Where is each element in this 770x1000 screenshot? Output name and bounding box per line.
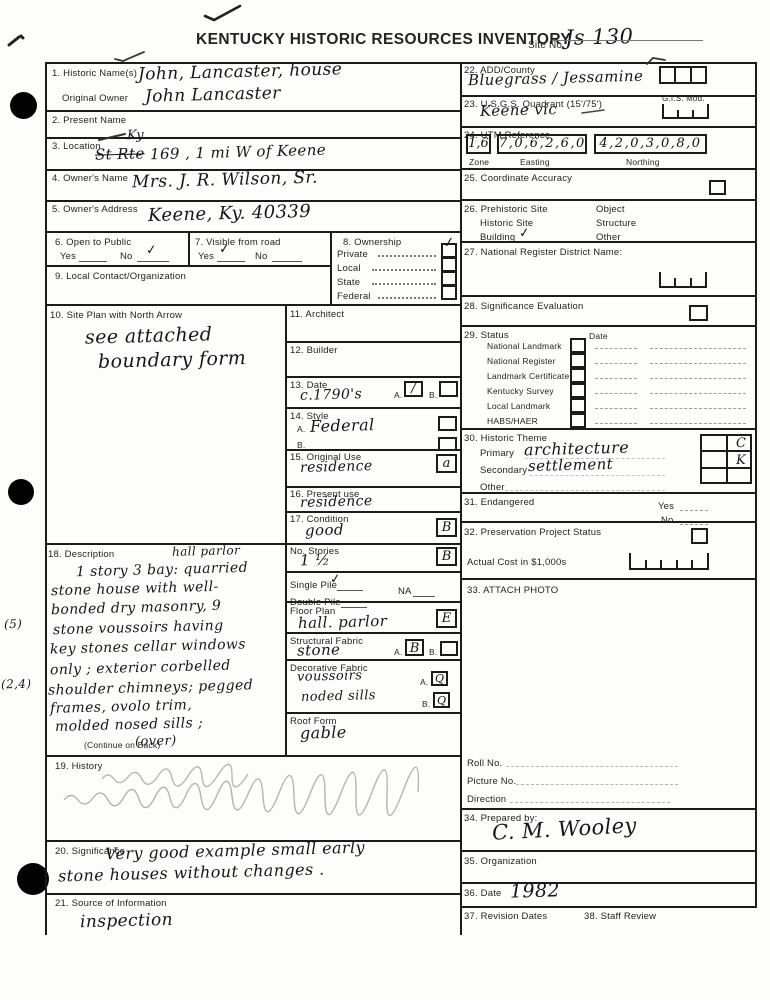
divider xyxy=(285,341,462,343)
field-22-cells xyxy=(659,66,707,84)
status-item: Local Landmark xyxy=(487,401,550,411)
blank-line xyxy=(337,590,363,591)
field-32-box xyxy=(691,528,708,544)
divider xyxy=(45,755,462,757)
divider xyxy=(285,486,462,488)
divider xyxy=(285,659,462,661)
status-checkbox xyxy=(570,368,586,383)
divider xyxy=(755,62,757,908)
primary-label: Primary xyxy=(480,448,514,459)
field-37-label: 37. Revision Dates xyxy=(464,911,547,922)
divider xyxy=(45,62,47,935)
page-title: KENTUCKY HISTORIC RESOURCES INVENTORY xyxy=(196,31,571,49)
description-line: stone voussoirs having xyxy=(53,618,224,638)
status-checkbox xyxy=(570,413,586,428)
margin-note-24: (2,4) xyxy=(1,677,32,692)
roof-form-value: gable xyxy=(300,722,347,742)
ownership-state-box xyxy=(441,271,457,286)
site-no-value: Js 130 xyxy=(565,24,634,50)
status-date-line xyxy=(650,408,746,409)
form-page: KENTUCKY HISTORIC RESOURCES INVENTORY Si… xyxy=(0,0,770,1000)
divider xyxy=(45,110,462,112)
field-27-label: 27. National Register District Name: xyxy=(464,247,622,258)
field-7-yes: Yes xyxy=(198,251,214,262)
endangered-yes: Yes xyxy=(658,501,674,512)
utm-easting-label: Easting xyxy=(520,157,550,167)
secondary-label: Secondary xyxy=(480,465,527,476)
field-9-label: 9. Local Contact/Organization xyxy=(55,271,186,282)
structural-a-box: B xyxy=(405,639,424,656)
field-13-value: c.1790's xyxy=(300,386,363,404)
na-label: NA xyxy=(398,586,412,597)
divider xyxy=(45,231,462,233)
field-21-label: 21. Source of Information xyxy=(55,898,167,909)
field-4-value: Mrs. J. R. Wilson, Sr. xyxy=(132,168,318,193)
field-10-label: 10. Site Plan with North Arrow xyxy=(50,310,182,321)
dotted-leader xyxy=(378,255,436,257)
building-label: Building xyxy=(480,232,515,243)
field-38-label: 38. Staff Review xyxy=(584,911,656,922)
divider xyxy=(460,295,757,297)
status-date-line xyxy=(650,378,746,379)
structural-b: B. xyxy=(429,647,437,657)
field-3-label: 3. Location xyxy=(52,141,101,152)
divider xyxy=(285,304,287,757)
field-22-value: Bluegrass / Jessamine xyxy=(468,67,644,90)
status-checkbox xyxy=(570,383,586,398)
field-16-value: residence xyxy=(300,493,373,511)
field-5-label: 5. Owner's Address xyxy=(52,204,138,215)
utm-easting-box: 7,0,6,2,6,0 xyxy=(497,134,587,154)
description-line: only ; exterior corbelled xyxy=(50,658,231,679)
field-11-label: 11. Architect xyxy=(290,309,344,320)
picture-no-line xyxy=(516,784,678,785)
decorative-b: B. xyxy=(422,699,430,709)
divider xyxy=(460,168,757,170)
divider xyxy=(285,449,462,451)
secondary-value: settlement xyxy=(528,455,614,475)
field-15-box: a xyxy=(436,454,457,473)
field-25-box xyxy=(709,180,726,195)
structural-b-box xyxy=(440,641,458,656)
divider xyxy=(45,304,462,306)
field-4-label: 4. Owner's Name xyxy=(52,173,128,184)
pen-checkmark xyxy=(202,3,244,23)
status-date-label: Date xyxy=(589,331,608,341)
ownership-local: Local xyxy=(337,263,361,274)
theme-other-label: Other xyxy=(480,482,505,493)
original-owner-label: Original Owner xyxy=(62,93,128,104)
divider xyxy=(460,428,757,430)
utm-zone-label: Zone xyxy=(469,157,489,167)
history-faint-handwriting xyxy=(62,790,454,806)
field-10-line1: see attached xyxy=(85,323,213,348)
gis-mod-label: G.I.S. Mod. xyxy=(662,94,705,103)
dotted-leader xyxy=(372,269,436,271)
utm-zone-box: 1,6 xyxy=(466,134,491,154)
divider xyxy=(460,808,757,810)
decorative-b-box: Q xyxy=(433,692,450,708)
blank-line xyxy=(79,261,107,262)
field-6-no-check: ✓ xyxy=(145,242,157,258)
field-17-box: B xyxy=(436,518,457,537)
field-32-label: 32. Preservation Project Status xyxy=(464,527,601,538)
status-date-line xyxy=(650,423,746,424)
floor-plan-value: hall. parlor xyxy=(298,612,388,632)
field-13-b: B. xyxy=(429,390,437,400)
field-12-label: 12. Builder xyxy=(290,345,338,356)
decorative-a: A. xyxy=(420,677,428,687)
ownership-federal: Federal xyxy=(337,291,371,302)
divider xyxy=(330,231,332,306)
blank-line xyxy=(680,510,708,511)
pen-mark xyxy=(580,108,606,116)
field-15-value: residence xyxy=(300,458,373,476)
field-6-label: 6. Open to Public xyxy=(55,237,131,248)
status-checkbox xyxy=(570,353,586,368)
ownership-state: State xyxy=(337,277,360,288)
status-item: HABS/HAER xyxy=(487,416,538,426)
divider xyxy=(285,632,462,634)
site-no-line xyxy=(553,40,703,41)
hole-punch xyxy=(8,479,34,505)
field-13-a: A. xyxy=(394,390,402,400)
hole-punch xyxy=(10,92,37,119)
divider xyxy=(460,199,757,201)
other-label: Other xyxy=(596,232,621,243)
field-10-line2: boundary form xyxy=(98,347,247,373)
field-20-line2: stone houses without changes . xyxy=(58,860,325,886)
gis-mod-box xyxy=(662,104,709,119)
field-6-no: No xyxy=(120,251,133,262)
status-date-line xyxy=(595,378,637,379)
structure-label: Structure xyxy=(596,218,636,229)
field-3-value: 169 , 1 mi W of Keene xyxy=(150,141,326,164)
divider xyxy=(285,571,462,573)
divider xyxy=(460,578,757,580)
floor-plan-box: E xyxy=(436,609,457,628)
blank-line xyxy=(413,596,435,597)
field-1-value: John, Lancaster, house xyxy=(138,59,343,84)
field-7-yes-check: ✓ xyxy=(218,241,230,257)
single-pile-check: ✓ xyxy=(329,571,341,587)
margin-note-5: (5) xyxy=(4,617,23,631)
description-line: molded nosed sills ; xyxy=(55,715,204,735)
field-1-label: 1. Historic Name(s) xyxy=(52,68,137,79)
status-date-line xyxy=(650,363,746,364)
stories-value: 1 ½ xyxy=(300,551,331,570)
divider xyxy=(460,325,757,327)
direction-line xyxy=(510,802,670,803)
status-item: National Landmark xyxy=(487,341,562,351)
field-6-yes: Yes xyxy=(60,251,76,262)
roll-no-label: Roll No. xyxy=(467,758,502,769)
direction-label: Direction xyxy=(467,794,506,805)
description-line: bonded dry masonry, 9 xyxy=(51,598,222,618)
status-date-line xyxy=(595,363,637,364)
field-13-a-box: / xyxy=(404,381,423,397)
object-label: Object xyxy=(596,204,625,215)
field-21-value: inspection xyxy=(80,910,174,932)
decorative-a-box: Q xyxy=(431,671,448,686)
description-line: frames, ovolo trim, xyxy=(50,697,192,717)
pen-mark xyxy=(98,132,128,142)
roll-no-line xyxy=(506,766,678,767)
field-14-a-box xyxy=(438,416,457,431)
ownership-private: Private xyxy=(337,249,368,260)
status-date-line xyxy=(650,348,746,349)
field-18-label: 18. Description xyxy=(48,549,114,560)
field-31-label: 31. Endangered xyxy=(464,497,534,508)
status-date-line xyxy=(595,408,637,409)
divider xyxy=(285,511,462,513)
utm-northing-box: 4,2,0,3,0,8,0 xyxy=(594,134,707,154)
theme-secondary-code: K xyxy=(736,453,747,468)
field-8-label: 8. Ownership xyxy=(343,237,401,248)
status-checkbox xyxy=(570,398,586,413)
theme-line xyxy=(530,475,665,476)
utm-northing-label: Northing xyxy=(626,157,660,167)
status-date-line xyxy=(650,393,746,394)
divider xyxy=(460,906,757,908)
status-checkbox xyxy=(570,338,586,353)
structural-a: A. xyxy=(394,647,402,657)
description-line: stone house with well- xyxy=(51,579,219,599)
building-check: ✓ xyxy=(518,225,530,241)
field-28-box xyxy=(689,305,708,321)
theme-line xyxy=(505,490,665,491)
divider xyxy=(460,850,757,852)
status-date-line xyxy=(595,423,637,424)
field-23-value: Keene vic xyxy=(480,100,558,120)
field-28-label: 28. Significance Evaluation xyxy=(464,301,583,312)
decorative-a-value: voussoirs xyxy=(297,668,363,685)
status-item: Landmark Certificate xyxy=(487,371,569,381)
status-date-line xyxy=(595,393,637,394)
field-14-a: A. xyxy=(297,424,305,434)
ownership-private-check: ✓ xyxy=(442,234,455,251)
field-35-label: 35. Organization xyxy=(464,856,537,867)
status-date-line xyxy=(595,348,637,349)
divider xyxy=(460,882,757,884)
ownership-federal-box xyxy=(441,285,457,300)
stories-box: B xyxy=(436,547,457,566)
status-item: National Register xyxy=(487,356,556,366)
blank-line xyxy=(341,607,367,608)
decorative-b-value: noded sills xyxy=(301,688,376,705)
structural-fabric-value: stone xyxy=(297,640,341,659)
pen-mark xyxy=(7,33,31,49)
history-faint-handwriting xyxy=(100,770,280,784)
divider xyxy=(460,521,757,523)
blank-line xyxy=(217,261,245,262)
field-36-label: 36. Date xyxy=(464,888,502,899)
actual-cost-label: Actual Cost in $1,000s xyxy=(467,557,566,568)
field-14-b: B. xyxy=(297,440,305,450)
dotted-leader xyxy=(378,297,436,299)
site-no-label: Site No. xyxy=(528,40,565,51)
field-7-no: No xyxy=(255,251,268,262)
divider xyxy=(460,95,757,97)
description-line: key stones cellar windows xyxy=(50,636,246,657)
field-3-struck: St Rte xyxy=(95,144,145,163)
ownership-local-box xyxy=(441,257,457,272)
dotted-leader xyxy=(372,283,436,285)
divider xyxy=(285,407,462,409)
blank-line xyxy=(272,261,302,262)
field-19-label: 19. History xyxy=(55,761,103,772)
theme-grid-divider xyxy=(726,434,728,484)
description-line: shoulder chimneys; pegged xyxy=(48,677,253,698)
pen-mark xyxy=(645,56,667,66)
divider xyxy=(285,376,462,378)
divider xyxy=(45,893,462,895)
field-17-value: good xyxy=(305,520,344,539)
field-29-label: 29. Status xyxy=(464,330,509,341)
blank-line xyxy=(137,261,169,262)
divider xyxy=(285,712,462,714)
field-3-correction: Ky xyxy=(127,128,144,143)
status-item: Kentucky Survey xyxy=(487,386,554,396)
field-14-b-box xyxy=(438,437,457,451)
field-27-box xyxy=(659,272,707,288)
field-14-a-value: Federal xyxy=(310,415,375,436)
field-7-label: 7. Visible from road xyxy=(195,237,281,248)
field-33-label: 33. ATTACH PHOTO xyxy=(467,585,558,596)
divider xyxy=(45,543,462,545)
field-2-label: 2. Present Name xyxy=(52,115,126,126)
divider xyxy=(460,126,757,128)
divider xyxy=(460,62,462,935)
theme-primary-code: C xyxy=(736,436,747,451)
field-5-value: Keene, Ky. 40339 xyxy=(148,201,312,226)
field-25-label: 25. Coordinate Accuracy xyxy=(464,173,572,184)
field-18-note: hall parlor xyxy=(172,543,240,559)
field-13-b-box xyxy=(439,381,458,397)
divider xyxy=(188,231,190,267)
actual-cost-box xyxy=(629,553,709,570)
original-owner-value: John Lancaster xyxy=(145,83,281,107)
field-36-value: 1982 xyxy=(510,879,561,902)
description-line: 1 story 3 bay: quarried xyxy=(76,560,248,580)
over-note: (over) xyxy=(135,733,177,749)
blank-line xyxy=(680,524,708,525)
picture-no-label: Picture No. xyxy=(467,776,516,787)
prehistoric-site-label: 26. Prehistoric Site xyxy=(464,204,548,215)
endangered-no: No xyxy=(661,515,674,526)
